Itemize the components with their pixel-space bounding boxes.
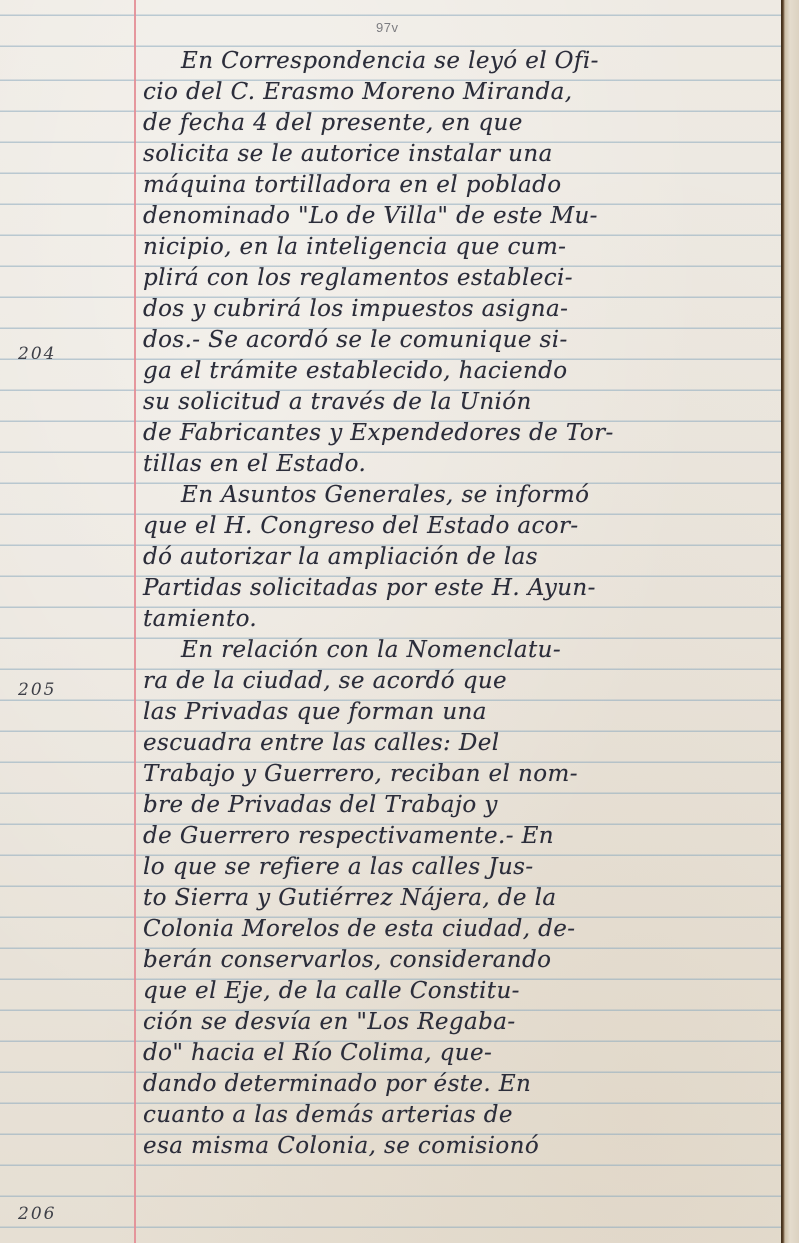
text-line: Partidas solicitadas por este H. Ayun- — [143, 573, 775, 604]
margin-entry-number: 206 — [18, 1204, 56, 1224]
text-line: dó autorizar la ampliación de las — [143, 542, 775, 573]
folio-number: 97v — [376, 20, 398, 35]
text-line: berán conservarlos, considerando — [143, 945, 775, 976]
text-line: nicipio, en la inteligencia que cum- — [143, 232, 775, 263]
text-line: cuanto a las demás arterias de — [143, 1100, 775, 1131]
text-line: Colonia Morelos de esta ciudad, de- — [143, 914, 775, 945]
text-line: ra de la ciudad, se acordó que — [143, 666, 775, 697]
text-line: esa misma Colonia, se comisionó — [143, 1131, 775, 1162]
text-line: de fecha 4 del presente, en que — [143, 108, 775, 139]
text-line: que el Eje, de la calle Constitu- — [143, 976, 775, 1007]
text-line: su solicitud a través de la Unión — [143, 387, 775, 418]
text-line: escuadra entre las calles: Del — [143, 728, 775, 759]
text-line: do" hacia el Río Colima, que- — [143, 1038, 775, 1069]
text-line: máquina tortilladora en el poblado — [143, 170, 775, 201]
text-line: dando determinado por éste. En — [143, 1069, 775, 1100]
red-margin-line — [134, 0, 136, 1243]
book-binding-gutter — [781, 0, 799, 1243]
text-line: tamiento. — [143, 604, 775, 635]
text-line: de Guerrero respectivamente.- En — [143, 821, 775, 852]
text-line: solicita se le autorice instalar una — [143, 139, 775, 170]
text-line: ción se desvía en "Los Regaba- — [143, 1007, 775, 1038]
text-line: to Sierra y Gutiérrez Nájera, de la — [143, 883, 775, 914]
text-line: En relación con la Nomenclatu- — [143, 635, 775, 666]
ledger-page: 97v 204 205 206 En Correspondencia se le… — [0, 0, 799, 1243]
margin-entry-number: 204 — [18, 344, 56, 364]
text-line: En Correspondencia se leyó el Ofi- — [143, 46, 775, 77]
text-line: bre de Privadas del Trabajo y — [143, 790, 775, 821]
text-line: Trabajo y Guerrero, reciban el nom- — [143, 759, 775, 790]
text-line: cio del C. Erasmo Moreno Miranda, — [143, 77, 775, 108]
text-line: ga el trámite establecido, haciendo — [143, 356, 775, 387]
text-line: las Privadas que forman una — [143, 697, 775, 728]
text-line: dos.- Se acordó se le comunique si- — [143, 325, 775, 356]
handwritten-minutes-text: En Correspondencia se leyó el Ofi-cio de… — [143, 46, 775, 1162]
text-line: dos y cubrirá los impuestos asigna- — [143, 294, 775, 325]
text-line: En Asuntos Generales, se informó — [143, 480, 775, 511]
text-line: que el H. Congreso del Estado acor- — [143, 511, 775, 542]
text-line: tillas en el Estado. — [143, 449, 775, 480]
text-line: plirá con los reglamentos estableci- — [143, 263, 775, 294]
text-line: de Fabricantes y Expendedores de Tor- — [143, 418, 775, 449]
margin-entry-number: 205 — [18, 680, 56, 700]
text-line: denominado "Lo de Villa" de este Mu- — [143, 201, 775, 232]
text-line: lo que se refiere a las calles Jus- — [143, 852, 775, 883]
